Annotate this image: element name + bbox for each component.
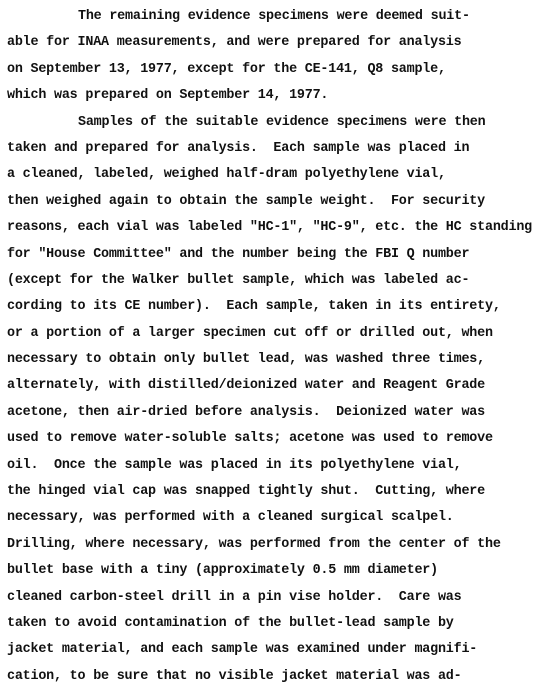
text-line: alternately, with distilled/deionized wa… — [7, 373, 545, 399]
text-line: necessary to obtain only bullet lead, wa… — [7, 347, 545, 373]
text-line: a cleaned, labeled, weighed half-dram po… — [7, 162, 545, 188]
text-line: or a portion of a larger specimen cut of… — [7, 321, 545, 347]
text-line: then weighed again to obtain the sample … — [7, 189, 545, 215]
text-line: bullet base with a tiny (approximately 0… — [7, 558, 545, 584]
text-line: necessary, was performed with a cleaned … — [7, 505, 545, 531]
text-line: oil. Once the sample was placed in its p… — [7, 453, 545, 479]
text-line: taken to avoid contamination of the bull… — [7, 611, 545, 637]
text-line: reasons, each vial was labeled "HC-1", "… — [7, 215, 545, 241]
text-line: which was prepared on September 14, 1977… — [7, 83, 545, 109]
paragraph-2: Samples of the suitable evidence specime… — [7, 110, 545, 691]
text-line: Drilling, where necessary, was performed… — [7, 532, 545, 558]
text-line: for "House Committee" and the number bei… — [7, 242, 545, 268]
text-line: The remaining evidence specimens were de… — [7, 4, 545, 30]
text-line: used to remove water-soluble salts; acet… — [7, 426, 545, 452]
text-line: the hinged vial cap was snapped tightly … — [7, 479, 545, 505]
paragraph-1: The remaining evidence specimens were de… — [7, 4, 545, 110]
text-line: cation, to be sure that no visible jacke… — [7, 664, 545, 690]
text-line: cording to its CE number). Each sample, … — [7, 294, 545, 320]
text-line: (except for the Walker bullet sample, wh… — [7, 268, 545, 294]
document-page: The remaining evidence specimens were de… — [7, 4, 545, 690]
text-line: taken and prepared for analysis. Each sa… — [7, 136, 545, 162]
text-line: acetone, then air-dried before analysis.… — [7, 400, 545, 426]
text-line: able for INAA measurements, and were pre… — [7, 30, 545, 56]
text-line: cleaned carbon-steel drill in a pin vise… — [7, 585, 545, 611]
text-line: Samples of the suitable evidence specime… — [7, 110, 545, 136]
text-line: on September 13, 1977, except for the CE… — [7, 57, 545, 83]
text-line: jacket material, and each sample was exa… — [7, 637, 545, 663]
